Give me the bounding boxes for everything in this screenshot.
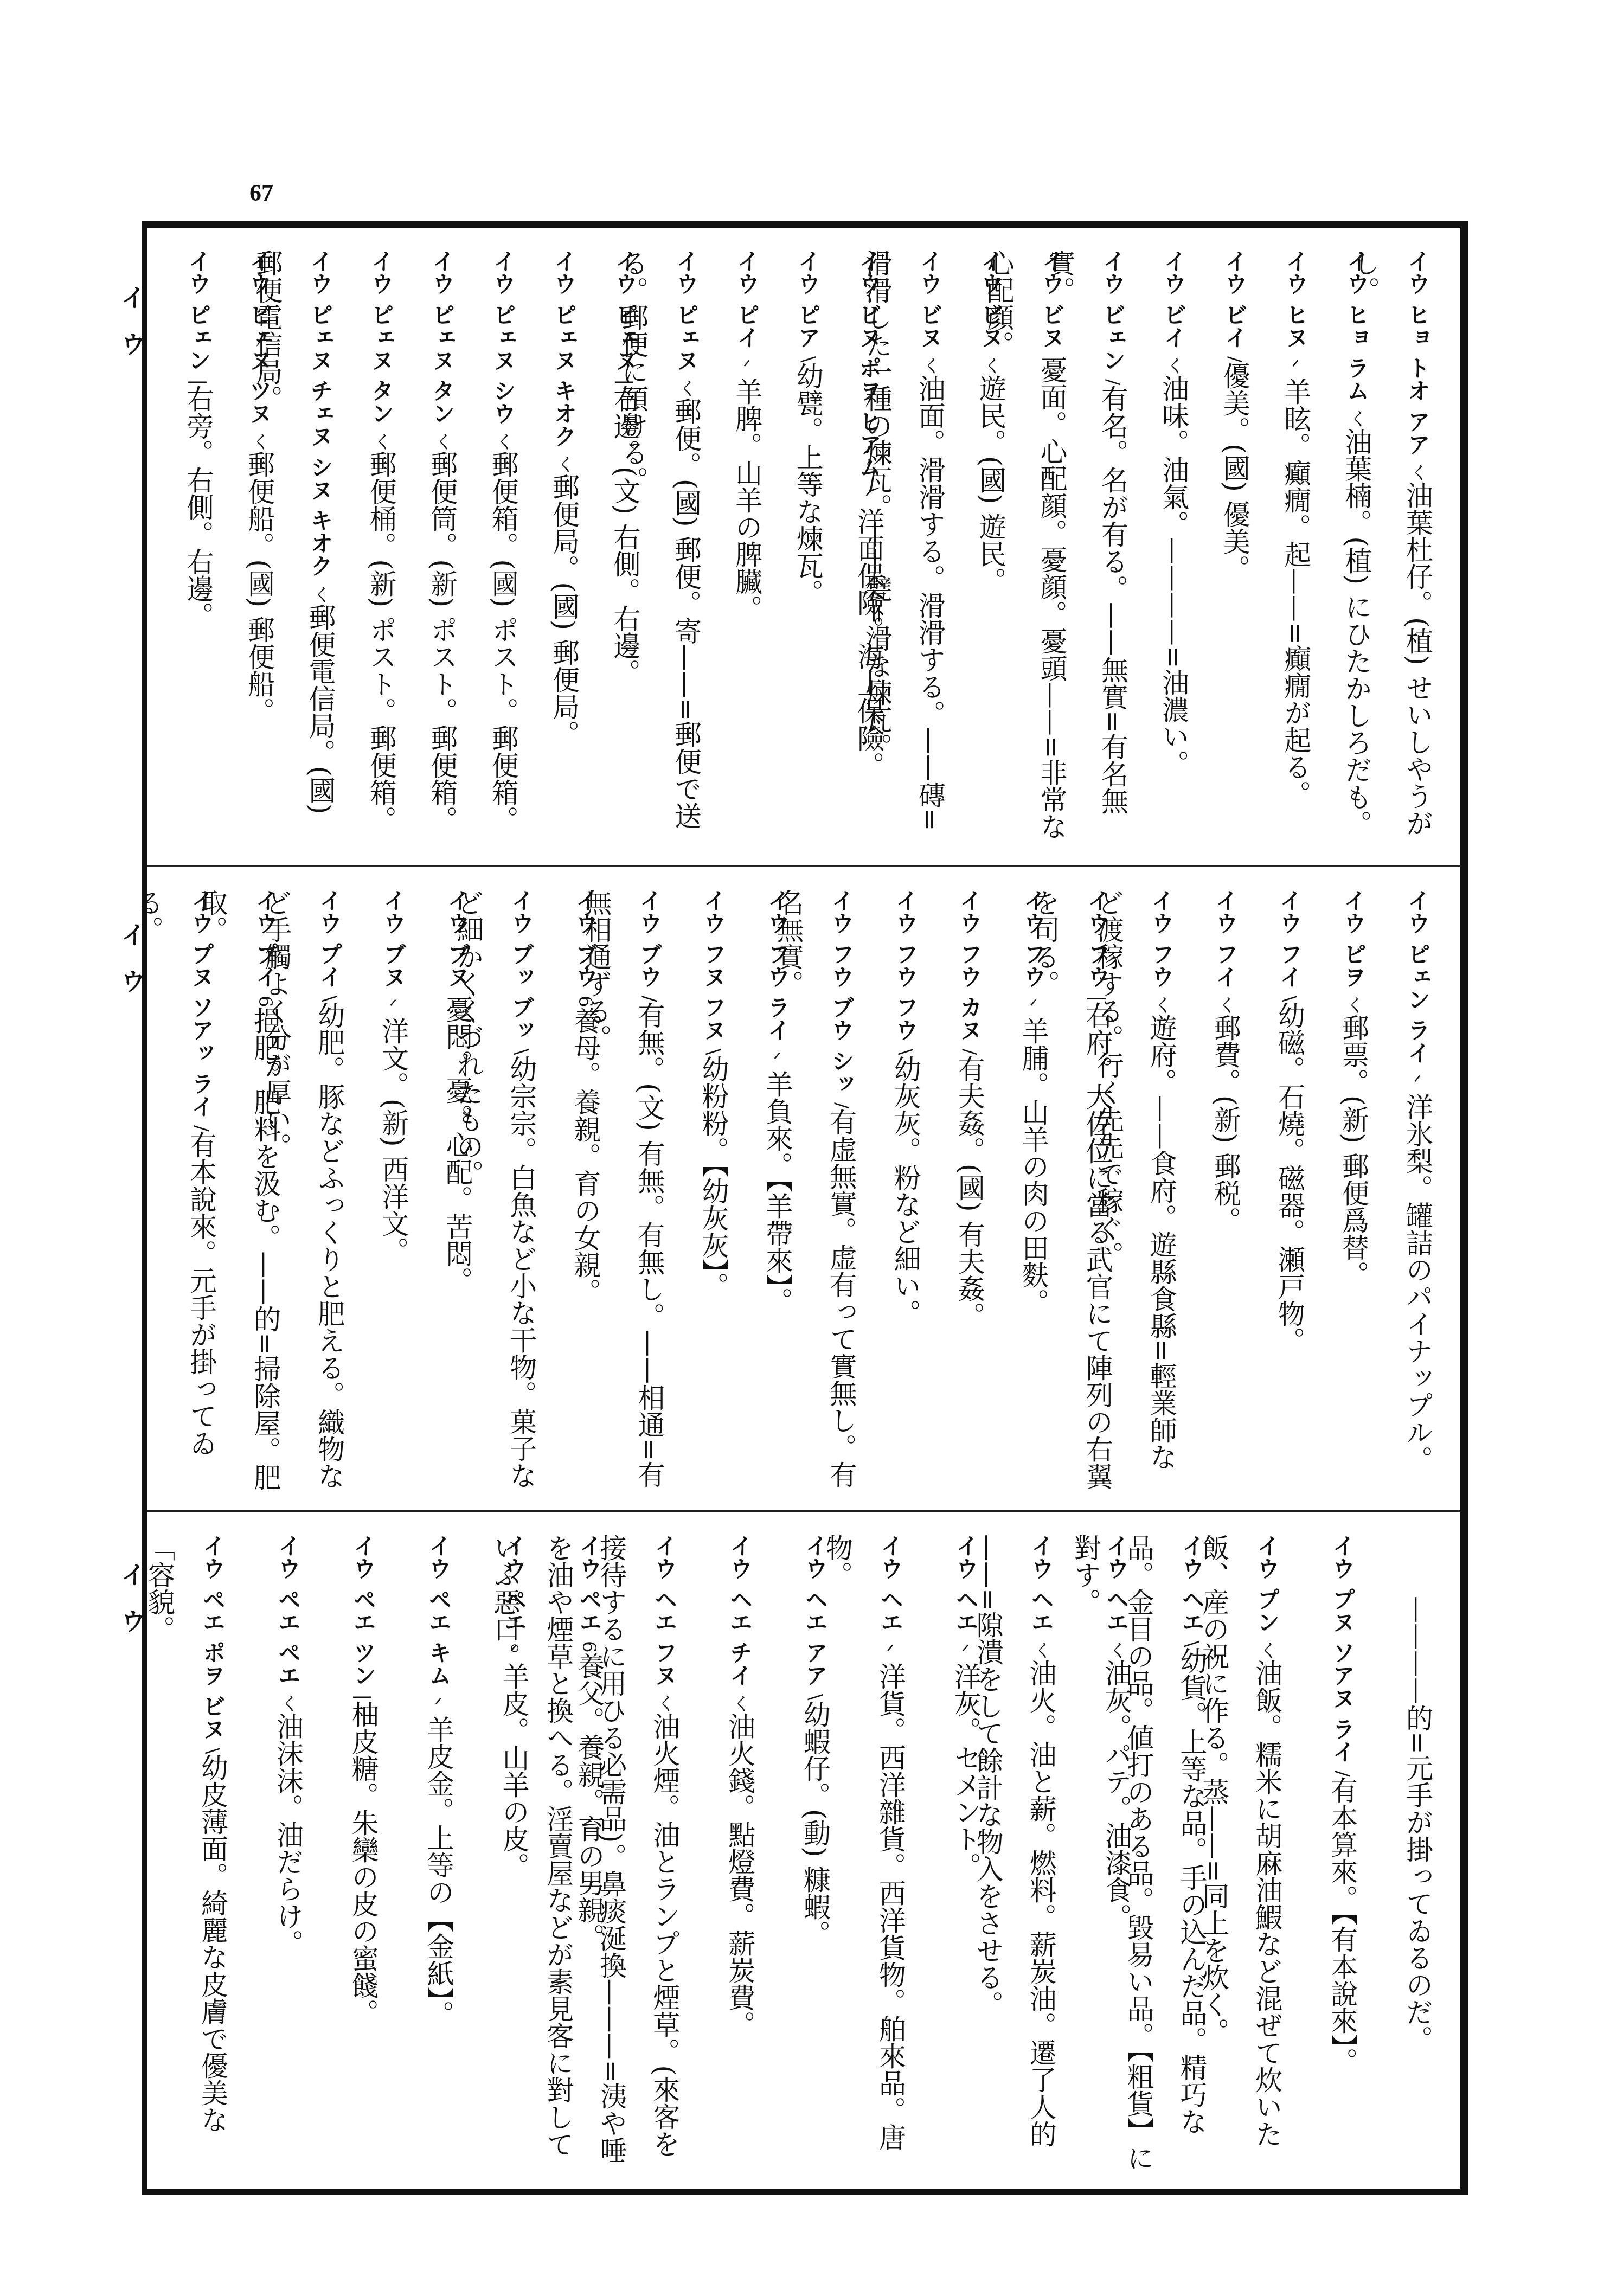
tone-mark-icon: く (980, 356, 1002, 375)
entry-headword: イウ フイ (1276, 889, 1303, 988)
dictionary-entry: イウ フウ ブウ シッ/有虚無實。虚有って實無し。有名無實。 (804, 889, 868, 1494)
tone-mark-icon: く (248, 432, 270, 451)
entry-headword: イウ ビイ (1160, 249, 1187, 349)
entry-headword: イウ フウ フウ (893, 889, 919, 1041)
dictionary-entry: イウ ブウ/有無。(文) 有無。有無し。——相通=有無相通ずる。 (612, 889, 676, 1494)
tone-mark-icon: / (1224, 356, 1246, 362)
entry-definition: 郵票。(新) 郵便爲替。 (1338, 1014, 1369, 1288)
tone-mark-icon: \ (797, 356, 819, 362)
tone-mark-icon: く (1215, 996, 1236, 1014)
dictionary-entry: イウ ビイ/優美。(國) 優美。 (1200, 249, 1261, 849)
entry-headword: イウ ヘエ フヌ (651, 1534, 678, 1686)
entry-definition: 油葉楠。(植) にひたかしろだも。 (1341, 428, 1372, 837)
entry-headword: イウ ブウ (636, 889, 663, 988)
dictionary-entry: イウ ブヌᐟ洋文。(新) 西洋文。 (356, 889, 420, 1494)
dictionary-entry: イウ ビヌく油面。滑滑する。滑滑する。——磚=滑滑した一種の煉瓦。——甓=滑な煉… (895, 249, 956, 849)
tone-mark-icon: / (831, 1102, 852, 1108)
dictionary-entry: イウ ピェン ライᐟ洋氷梨。罐詰のパイナップル。 (1380, 889, 1444, 1494)
entry-definition: 幼甓。上等な煉瓦。 (792, 362, 824, 606)
entry-headword: イウ ピイ (734, 249, 760, 349)
dictionary-entry: イウ ビヌ憂面。心配顔。憂顔。憂頭——=非常な心配顔。 (1017, 249, 1078, 849)
tone-mark-icon: く (309, 585, 331, 604)
entry-headword: イウ ヘエ (1028, 1534, 1055, 1633)
section-middle: イウ ピェン ライᐟ洋氷梨。罐詰のパイナップル。イウ ピヲく郵票。(新) 郵便爲… (147, 865, 1460, 1510)
tone-mark-icon: / (1102, 379, 1124, 385)
entry-headword: イウ ピヲ (1340, 889, 1367, 988)
tone-mark-icon: く (492, 432, 514, 451)
tone-mark-icon: \ (702, 1049, 724, 1055)
dictionary-entry: イウ ペエ ツン|柚皮糖。朱欒の皮の蜜餞。 (315, 1534, 390, 2172)
entry-headword: イウ ピェヌ タン (429, 249, 456, 425)
tone-mark-icon: く (1407, 463, 1428, 482)
entry-headword: イウ ヒヌ (1282, 249, 1309, 349)
dictionary-entry: イウ フウ カヌ/有夫姦。(國) 有夫姦。 (932, 889, 996, 1494)
entry-headword: イウ ペエ キム (426, 1534, 452, 1686)
tone-mark-icon: ᐟ (736, 356, 758, 378)
dictionary-entry: イウ ビイく油味。油氣。————=油濃い。 (1139, 249, 1200, 849)
tone-mark-icon: ᐟ (767, 1049, 788, 1070)
entry-headword: イウ ペエ ポヲ ビヌ (200, 1534, 226, 1740)
entry-definition: 洋氷梨。罐詰のパイナップル。 (1402, 1093, 1433, 1473)
dictionary-entry: イウ フウく遊府。——食府。遊縣食縣=輕業師など渡稼する。行く先先で稼ぐ。 (1124, 889, 1188, 1494)
entry-headword: イウ プン (1254, 1534, 1280, 1633)
tone-mark-icon: ᐟ (1023, 996, 1044, 1017)
tone-mark-icon: | (188, 379, 209, 385)
dictionary-entry: イウ フヌ フヌ\幼粉粉。【幼灰灰】。 (676, 889, 740, 1494)
entry-definition: ————的=元手が掛ってゐるのだ。 (1402, 1542, 1433, 2053)
tone-mark-icon: / (190, 1125, 212, 1131)
tone-mark-icon: \ (895, 1049, 916, 1055)
entry-headword: イウ フウ ブウ シッ (829, 889, 855, 1095)
tone-mark-icon: く (553, 455, 575, 473)
dictionary-entry: イウ ペエ キムᐟ羊皮金。上等の【金紙】。 (390, 1534, 465, 2172)
dictionary-entry: イウ ピェヌ チェヌ シヌ キオクく郵便電信局。(國) 郵便電信局。 (286, 249, 347, 849)
entry-headword: イウ ピア (795, 249, 822, 349)
dictionary-entry: イウ ヘエ アア\幼蝦仔。(動) 糠蝦。 (766, 1534, 842, 2172)
tone-mark-icon: く (370, 432, 392, 451)
dictionary-entry: イウ ピア\幼甓。上等な煉瓦。 (773, 249, 834, 849)
entry-definition: 羊皮金。上等の【金紙】。 (423, 1716, 454, 2028)
entry-definition: 優美。(國) 優美。 (1219, 362, 1250, 582)
dictionary-frame: イウ ヒョ トオ アアく油葉杜仔。(植) せいしやうがし。イウ ヒョ ラムく油葉… (142, 221, 1468, 2195)
tone-mark-icon: く (1030, 1641, 1052, 1659)
entry-headword: イウ ブッ ブッ (508, 889, 535, 1041)
entry-headword: イウ ビェン (1100, 249, 1126, 371)
entry-definition: 羊負來。【羊帶來】。 (762, 1070, 793, 1314)
entry-definition: 幼粉粉。【幼灰灰】。 (697, 1055, 729, 1299)
dictionary-entry: イウ フウ フウ\幼灰灰。粉など細い。 (868, 889, 932, 1494)
entry-definition: 遊民。(國) 遊民。 (975, 375, 1006, 594)
tone-mark-icon: く (729, 1694, 750, 1713)
entry-headword: イウ ビヌ (917, 249, 944, 349)
tone-mark-icon: \ (804, 1694, 826, 1700)
tone-mark-icon: \ (318, 996, 340, 1002)
entry-definition: 羊皮。山羊の皮。 (498, 1663, 530, 1880)
tone-mark-icon: / (959, 1049, 980, 1055)
entry-columns: イウ ピェン ライᐟ洋氷梨。罐詰のパイナップル。イウ ピヲく郵票。(新) 郵便爲… (164, 889, 1444, 1494)
tone-mark-icon: ᐟ (428, 1694, 450, 1716)
tone-mark-icon: \ (202, 1748, 223, 1754)
dictionary-entry: イウ プヌ ソアッ ライ/有本說來。元手が掛ってゐる。 (164, 889, 228, 1494)
dictionary-entry: イウ ピェヌく郵便。(國) 郵便。寄——=郵便で送る。郵便に預ける。 (652, 249, 713, 849)
entry-headword: イウ ピェヌ チェヌ シヌ キオク (307, 249, 333, 578)
tone-mark-icon: く (653, 1694, 675, 1713)
entry-definition: 右旁。右側。右邊。 (183, 385, 214, 629)
entry-headword: イウ プヌ ソアヌ ライ (1329, 1534, 1356, 1763)
entry-headword: イウ フヌ フヌ (700, 889, 727, 1041)
entry-definition: 油味。油氣。————=油濃い。 (1158, 375, 1189, 777)
entry-definition: 羊脾。山羊の脾臟。 (731, 378, 762, 622)
entry-definition: 郵便箱。(國) ポスト。郵便箱。 (487, 451, 519, 833)
dictionary-entry: イウ ピェヌ シウく郵便箱。(國) ポスト。郵便箱。 (469, 249, 529, 849)
dictionary-entry: イウ プイ\幼肥。豚などふっくりと肥える。織物など手觸よく分が厚い。 (292, 889, 356, 1494)
dictionary-entry: イウ ヘエᐟ洋貨。西洋雜貨。西洋貨物。舶來品。唐物。 (842, 1534, 917, 2172)
dictionary-entry: イウ ペエ ポヲ ビヌ\幼皮薄面。綺麗な皮膚で優美な「容貌。 (164, 1534, 239, 2172)
dictionary-entry: イウ プンく油飯。糯米に胡麻油鰕など混ぜて炊いた飯、産の祝に作る。蒸——=同上を… (1218, 1534, 1293, 2172)
tone-mark-icon: く (1151, 996, 1172, 1014)
entry-definition: 郵便船。(國) 郵便船。 (243, 451, 275, 724)
entry-definition: 郵便桶。(新) ポスト。郵便箱。 (365, 451, 397, 833)
dictionary-entry: イウ ヘエ チイく油火錢。點燈費。薪炭費。 (691, 1534, 766, 2172)
dictionary-entry: イウ プヌ ソアヌ ライ/有本算來。【有本說來】。 (1293, 1534, 1369, 2172)
entry-headword: イウ ブヌ (380, 889, 407, 988)
dictionary-entry: イウ ピェヌ タンく郵便筒。(新) ポスト。郵便箱。 (408, 249, 469, 849)
entry-definition: 郵便筒。(新) ポスト。郵便箱。 (426, 451, 458, 833)
entry-definition: 幼蝦仔。(動) 糠蝦。 (799, 1701, 831, 1947)
dictionary-entry: イウ ヘエ フヌく油火煙。油とランプと煙草。(來客を接待するに用ひる必需品)。鼻… (615, 1534, 691, 2172)
page-number: 67 (249, 179, 273, 207)
tone-mark-icon: く (1343, 996, 1364, 1014)
tone-mark-icon: ᐟ (382, 996, 404, 1017)
entry-headword: イウ ヘエ チイ (727, 1534, 753, 1686)
entry-definition: 羊眩。癲癇。起——=癲癇が起る。 (1280, 378, 1311, 807)
entry-headword: イウ ヘエ (877, 1534, 904, 1633)
dictionary-entry: イウ ピェヌ キオクく郵便局。(國) 郵便局。 (530, 249, 591, 849)
entry-headword: イウ ペエ ツン (350, 1534, 377, 1686)
entry-headword: イウ フイ (1213, 889, 1239, 988)
dictionary-entry: ————的=元手が掛ってゐるのだ。 (1369, 1534, 1444, 2172)
dictionary-entry: イウ ヒョ トオ アアく油葉杜仔。(植) せいしやうがし。 (1383, 249, 1444, 849)
entry-headword: イウ ヒョ トオ アア (1404, 249, 1431, 456)
dictionary-entry: イウ ピイᐟ羊脾。山羊の脾臟。 (713, 249, 773, 849)
entry-definition: 有本算來。【有本說來】。 (1326, 1776, 1358, 2075)
tone-mark-icon: / (638, 996, 660, 1002)
tone-mark-icon: ᐟ (880, 1641, 901, 1663)
entry-headword: イウ フウ (1149, 889, 1175, 988)
dictionary-entry: イウ ピェヌ タンく郵便桶。(新) ポスト。郵便箱。 (347, 249, 407, 849)
entry-headword: イウ ペエ ペエ (275, 1534, 301, 1686)
entry-definition: 羊脯。山羊の肉の田麩。 (1018, 1017, 1049, 1316)
entry-definition: 郵便局。(國) 郵便局。 (548, 473, 580, 747)
tone-mark-icon: く (1346, 409, 1368, 428)
entry-columns: ————的=元手が掛ってゐるのだ。イウ プヌ ソアヌ ライ/有本算來。【有本說來… (164, 1534, 1444, 2172)
entry-definition: 郵費。(新) 郵税。 (1210, 1014, 1241, 1234)
dictionary-entry: イウ フイく郵費。(新) 郵税。 (1188, 889, 1252, 1494)
section-bottom: ————的=元手が掛ってゐるのだ。イウ プヌ ソアヌ ライ/有本算來。【有本說來… (147, 1510, 1460, 2189)
tone-mark-icon: く (919, 356, 941, 375)
entry-headword: イウ ピェヌ キオク (551, 249, 578, 447)
tone-mark-icon: く (277, 1694, 299, 1713)
dictionary-entry: イウ ピヲく郵票。(新) 郵便爲替。 (1316, 889, 1380, 1494)
entry-headword: イウ ピェン ライ (1404, 889, 1431, 1064)
dictionary-entry: イウ ビェン/有名。名が有る。——無實=有名無實。 (1078, 249, 1139, 849)
tone-mark-icon: く (1163, 356, 1184, 375)
dictionary-entry: イウ ヘエく油火。油と薪。燃料。薪炭油。遷了人的——=隙潰をして餘計な物入をさせ… (992, 1534, 1068, 2172)
entry-definition: 油火錢。點燈費。薪炭費。 (724, 1713, 755, 2038)
entry-definition: 幼磁。石燒。磁器。瀬戸物。 (1274, 1002, 1305, 1354)
tone-mark-icon: く (431, 432, 453, 451)
tone-mark-icon: | (352, 1694, 374, 1700)
dictionary-entry: イウ ブッ ブッ\幼宗宗。白魚など小な干物。菓子など細かくくづれたもの。 (484, 889, 548, 1494)
entry-definition: 有夫姦。(國) 有夫姦。 (954, 1055, 985, 1329)
entry-headword: イウ ピェヌ シウ (490, 249, 517, 425)
tone-mark-icon: \ (510, 1049, 532, 1055)
entry-headword: イウ ビイ (1222, 249, 1248, 349)
entry-headword: イウ フウ カヌ (957, 889, 983, 1041)
dictionary-entry: イウ ペエ ペエく油沫沫。油だらけ。 (239, 1534, 315, 2172)
entry-headword: イウ プイ (316, 889, 343, 988)
entry-columns: イウ ヒョ トオ アアく油葉杜仔。(植) せいしやうがし。イウ ヒョ ラムく油葉… (164, 249, 1444, 849)
entry-headword: イウ ピェヌ (673, 249, 700, 371)
entry-headword: イウ ピェン (185, 249, 212, 371)
dictionary-entry: イウ フイ\幼磁。石燒。磁器。瀬戸物。 (1252, 889, 1316, 1494)
entry-definition: 洋文。(新) 西洋文。 (377, 1017, 409, 1264)
entry-definition: 油沫沫。油だらけ。 (272, 1713, 304, 1957)
dictionary-entry: イウ ヒョ ラムく油葉楠。(植) にひたかしろだも。 (1322, 249, 1383, 849)
tone-mark-icon: く (1256, 1641, 1278, 1659)
tone-mark-icon: く (675, 379, 697, 397)
tone-mark-icon: ᐟ (1407, 1072, 1428, 1093)
dictionary-entry: イウ ピェン|右旁。右側。右邊。 (164, 249, 224, 849)
entry-headword: イウ ピェヌ タン (368, 249, 395, 425)
tone-mark-icon: \ (1279, 996, 1300, 1002)
dictionary-entry: イウ ヒヌᐟ羊眩。癲癇。起——=癲癇が起る。 (1261, 249, 1322, 849)
entry-definition: 幼灰灰。粉など細い。 (890, 1055, 921, 1326)
tone-mark-icon: ᐟ (1285, 356, 1306, 378)
entry-definition: 養母。養親。育の女親。 (569, 1007, 601, 1305)
tone-mark-icon: / (1331, 1771, 1353, 1776)
section-top: イウ ヒョ トオ アアく油葉杜仔。(植) せいしやうがし。イウ ヒョ ラムく油葉… (147, 228, 1460, 865)
entry-definition: 柚皮糖。朱欒の皮の蜜餞。 (348, 1701, 379, 2026)
